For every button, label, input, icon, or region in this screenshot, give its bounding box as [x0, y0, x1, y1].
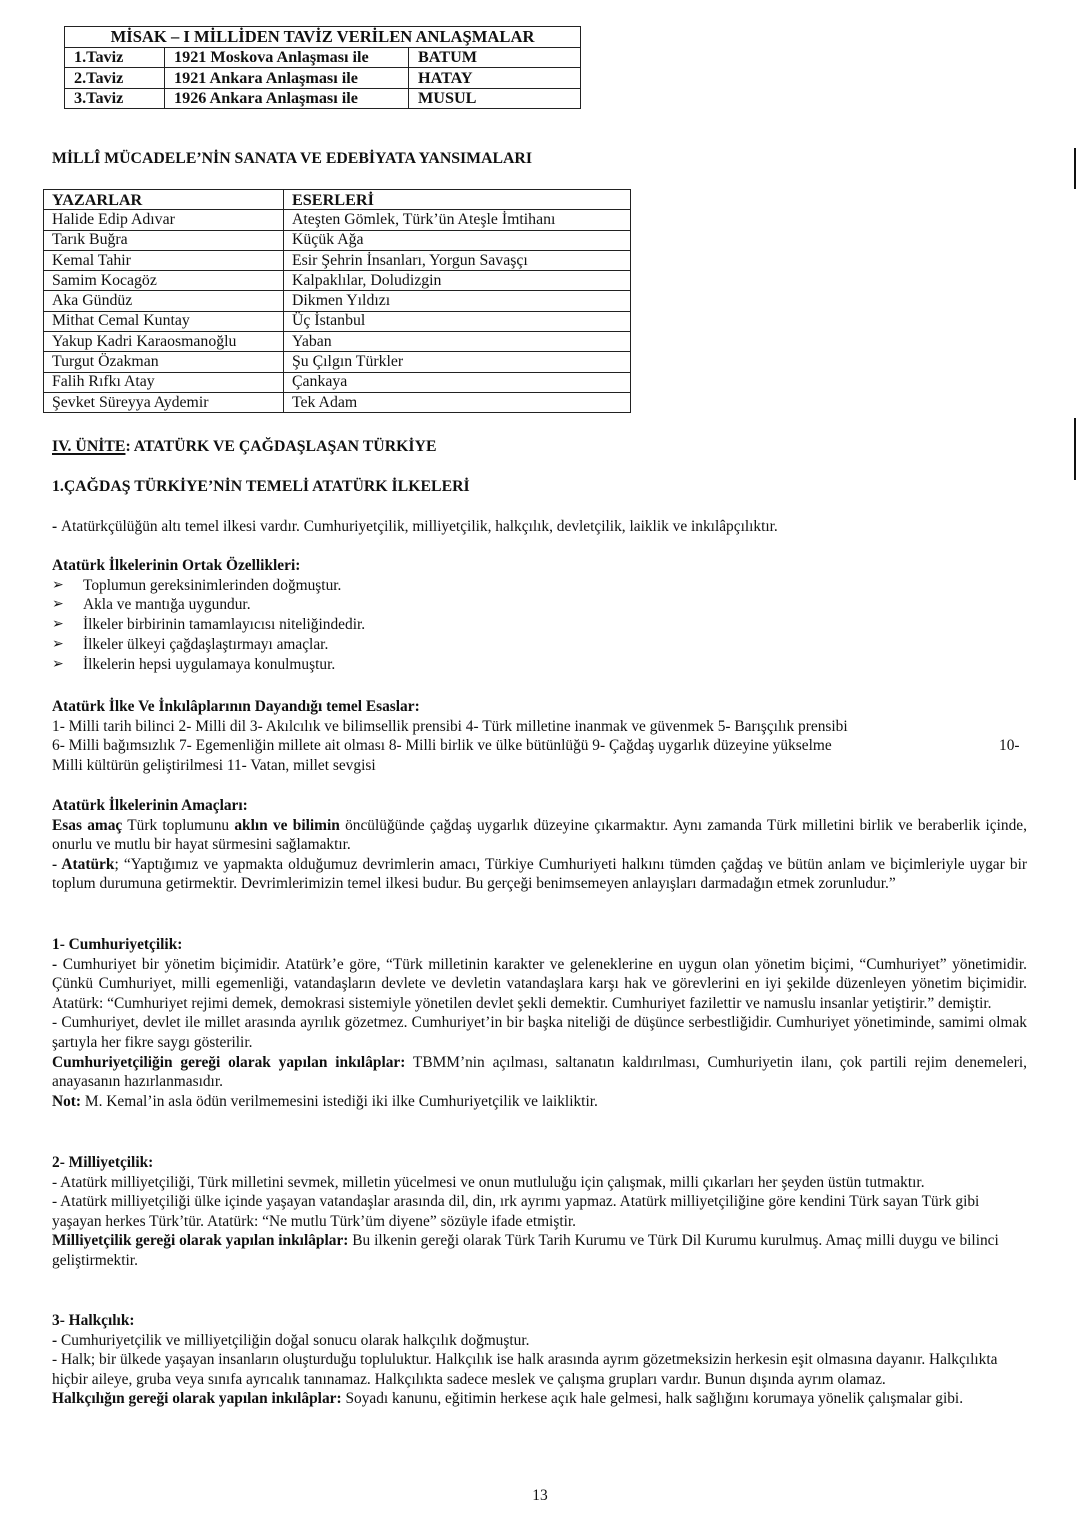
authors-works-table: YAZARLAR ESERLERİ Halide Edip AdıvarAteş… [43, 189, 631, 413]
misak-concessions-table: MİSAK – I MİLLİDEN TAVİZ VERİLEN ANLAŞMA… [64, 26, 581, 109]
populism-paragraph-2: - Halk; bir ülkede yaşayan insanların ol… [52, 1350, 1027, 1389]
table-row: 1.Taviz 1921 Moskova Anlaşması ile BATUM [65, 47, 581, 68]
foundations-section: Atatürk İlke Ve İnkılâplarının Dayandığı… [52, 697, 1027, 775]
populism-reforms-text: Soyadı kanunu, eğitimin herkese açık hal… [342, 1390, 963, 1407]
list-item-text: İlkelerin hepsi uygulamaya konulmuştur. [83, 656, 335, 673]
art-literature-heading: MİLLÎ MÜCADELE’NİN SANATA VE EDEBİYATA Y… [52, 150, 532, 168]
populism-heading: 3- Halkçılık: [52, 1311, 1027, 1331]
authors-works-body: Halide Edip AdıvarAteşten Gömlek, Türk’ü… [44, 210, 631, 413]
note-label: Not: [52, 1093, 81, 1110]
works-cell: Dikmen Yıldızı [284, 291, 631, 311]
table-cell: HATAY [409, 68, 581, 89]
author-cell: Tarık Buğra [44, 230, 284, 250]
table-row: Falih Rıfkı AtayÇankaya [44, 372, 631, 392]
author-cell: Samim Kocagöz [44, 271, 284, 291]
works-cell: Çankaya [284, 372, 631, 392]
list-item-text: İlkeler ülkeyi çağdaşlaştırmayı amaçlar. [83, 636, 328, 653]
republicanism-reforms: Cumhuriyetçiliğin gereği olarak yapılan … [52, 1053, 1027, 1092]
works-cell: Ateşten Gömlek, Türk’ün Ateşle İmtihanı [284, 210, 631, 230]
works-cell: Küçük Ağa [284, 230, 631, 250]
foundations-trailing-number: 10- [999, 736, 1020, 756]
republicanism-dash: - [52, 956, 63, 973]
table-header-row: YAZARLAR ESERLERİ [44, 190, 631, 210]
populism-section: 3- Halkçılık: - Cumhuriyetçilik ve milli… [52, 1311, 1027, 1409]
table-row: 2.Taviz 1921 Ankara Anlaşması ile HATAY [65, 68, 581, 89]
republicanism-note: Not: M. Kemal’in asla ödün verilmemesini… [52, 1092, 1027, 1112]
aims-section: Atatürk İlkelerinin Amaçları: Esas amaç … [52, 796, 1027, 894]
aims-heading: Atatürk İlkelerinin Amaçları: [52, 796, 1027, 816]
republicanism-paragraph-1-text: Cumhuriyet bir yönetim biçimidir. Atatür… [52, 956, 1027, 1012]
populism-paragraph-1-text: Cumhuriyetçilik ve milliyetçiliğin doğal… [61, 1332, 529, 1349]
aims-main-text-pre: Türk toplumunu [122, 817, 234, 834]
author-cell: Halide Edip Adıvar [44, 210, 284, 230]
table-title: MİSAK – I MİLLİDEN TAVİZ VERİLEN ANLAŞMA… [65, 27, 581, 48]
foundations-line-1: 1- Milli tarih bilinci 2- Milli dil 3- A… [52, 717, 1027, 737]
nationalism-reforms: Milliyetçilik gereği olarak yapılan inkı… [52, 1231, 1027, 1270]
foundations-line-2: 6- Milli bağımsızlık 7- Egemenliğin mill… [52, 736, 1027, 756]
note-text: M. Kemal’in asla ödün verilmemesini iste… [81, 1093, 598, 1110]
works-cell: Kalpaklılar, Doludizgin [284, 271, 631, 291]
republicanism-section: 1- Cumhuriyetçilik: - Cumhuriyet bir yön… [52, 935, 1027, 1111]
table-row: Şevket Süreyya AydemirTek Adam [44, 392, 631, 412]
table-cell: 1921 Ankara Anlaşması ile [165, 68, 409, 89]
table-row: Tarık BuğraKüçük Ağa [44, 230, 631, 250]
common-features-section: Atatürk İlkelerinin Ortak Özellikleri: ➢… [52, 556, 652, 674]
republicanism-reforms-label: Cumhuriyetçiliğin gereği olarak yapılan … [52, 1054, 405, 1071]
nationalism-paragraph-1: - Atatürk milliyetçiliği, Türk milletini… [52, 1173, 1027, 1193]
author-cell: Kemal Tahir [44, 250, 284, 270]
works-cell: Üç İstanbul [284, 311, 631, 331]
unit-name: : ATATÜRK VE ÇAĞDAŞLAŞAN TÜRKİYE [125, 438, 436, 455]
common-features-heading: Atatürk İlkelerinin Ortak Özellikleri: [52, 556, 652, 576]
table-cell: MUSUL [409, 88, 581, 109]
intro-dash: - [52, 518, 61, 535]
aims-quote-text: ; “Yaptığımız ve yapmakta olduğumuz devr… [52, 856, 1027, 893]
aims-quote-dash: - [52, 856, 61, 873]
arrow-bullet-icon: ➢ [52, 635, 64, 655]
populism-reforms-label: Halkçılığın gereği olarak yapılan inkılâ… [52, 1390, 342, 1407]
arrow-bullet-icon: ➢ [52, 655, 64, 675]
table-cell: 1921 Moskova Anlaşması ile [165, 47, 409, 68]
populism-reforms: Halkçılığın gereği olarak yapılan inkılâ… [52, 1389, 1027, 1409]
table-cell: 1926 Ankara Anlaşması ile [165, 88, 409, 109]
nationalism-section: 2- Milliyetçilik: - Atatürk milliyetçili… [52, 1153, 1027, 1271]
author-cell: Falih Rıfkı Atay [44, 372, 284, 392]
table-row: Aka GündüzDikmen Yıldızı [44, 291, 631, 311]
works-cell: Şu Çılgın Türkler [284, 352, 631, 372]
nationalism-heading: 2- Milliyetçilik: [52, 1153, 1027, 1173]
intro-text: Atatürkçülüğün altı temel ilkesi vardır.… [61, 518, 778, 535]
foundations-line-2-text: 6- Milli bağımsızlık 7- Egemenliğin mill… [52, 737, 832, 754]
table-row: Halide Edip AdıvarAteşten Gömlek, Türk’ü… [44, 210, 631, 230]
table-cell: 3.Taviz [65, 88, 165, 109]
author-cell: Şevket Süreyya Aydemir [44, 392, 284, 412]
list-item-text: Toplumun gereksinimlerinden doğmuştur. [83, 577, 341, 594]
table-cell: BATUM [409, 47, 581, 68]
nationalism-paragraph-2: - Atatürk milliyetçiliği ülke içinde yaş… [52, 1192, 1027, 1231]
list-item: ➢İlkelerin hepsi uygulamaya konulmuştur. [52, 655, 652, 675]
table-row: 3.Taviz 1926 Ankara Anlaşması ile MUSUL [65, 88, 581, 109]
aims-main-label: Esas amaç [52, 817, 122, 834]
author-cell: Aka Gündüz [44, 291, 284, 311]
chapter-title: 1.ÇAĞDAŞ TÜRKİYE’NİN TEMELİ ATATÜRK İLKE… [52, 478, 470, 496]
arrow-bullet-icon: ➢ [52, 595, 64, 615]
populism-dash: - [52, 1332, 61, 1349]
list-item-text: Akla ve mantığa uygundur. [83, 596, 251, 613]
table-cell: 2.Taviz [65, 68, 165, 89]
table-row: Samim KocagözKalpaklılar, Doludizgin [44, 271, 631, 291]
works-cell: Esir Şehrin İnsanları, Yorgun Savaşçı [284, 250, 631, 270]
margin-change-bar [1074, 418, 1076, 480]
arrow-bullet-icon: ➢ [52, 576, 64, 596]
column-header-works: ESERLERİ [284, 190, 631, 210]
aims-main-paragraph: Esas amaç Türk toplumunu aklın ve bilimi… [52, 816, 1027, 855]
nationalism-reforms-label: Milliyetçilik gereği olarak yapılan inkı… [52, 1232, 348, 1249]
author-cell: Turgut Özakman [44, 352, 284, 372]
list-item-text: İlkeler birbirinin tamamlayıcısı niteliğ… [83, 616, 365, 633]
common-features-list: ➢Toplumun gereksinimlerinden doğmuştur.➢… [52, 576, 652, 675]
margin-change-bar [1074, 148, 1076, 189]
intro-paragraph: - Atatürkçülüğün altı temel ilkesi vardı… [52, 517, 1027, 537]
list-item: ➢Akla ve mantığa uygundur. [52, 595, 652, 615]
aims-main-bold: aklın ve bilimin [234, 817, 339, 834]
column-header-authors: YAZARLAR [44, 190, 284, 210]
table-row: Yakup Kadri KaraosmanoğluYaban [44, 332, 631, 352]
foundations-line-3: Milli kültürün geliştirilmesi 11- Vatan,… [52, 756, 1027, 776]
table-title-row: MİSAK – I MİLLİDEN TAVİZ VERİLEN ANLAŞMA… [65, 27, 581, 48]
works-cell: Tek Adam [284, 392, 631, 412]
table-cell: 1.Taviz [65, 47, 165, 68]
foundations-heading: Atatürk İlke Ve İnkılâplarının Dayandığı… [52, 697, 1027, 717]
populism-paragraph-1: - Cumhuriyetçilik ve milliyetçiliğin doğ… [52, 1331, 1027, 1351]
table-row: Kemal TahirEsir Şehrin İnsanları, Yorgun… [44, 250, 631, 270]
table-row: Turgut ÖzakmanŞu Çılgın Türkler [44, 352, 631, 372]
republicanism-paragraph-1: - Cumhuriyet bir yönetim biçimidir. Atat… [52, 955, 1027, 1014]
arrow-bullet-icon: ➢ [52, 615, 64, 635]
republicanism-heading: 1- Cumhuriyetçilik: [52, 935, 1027, 955]
table-row: Mithat Cemal KuntayÜç İstanbul [44, 311, 631, 331]
unit-title: IV. ÜNİTE: ATATÜRK VE ÇAĞDAŞLAŞAN TÜRKİY… [52, 438, 436, 456]
page-number: 13 [0, 1487, 1080, 1505]
aims-quote-label: Atatürk [61, 856, 114, 873]
unit-label: IV. ÜNİTE [52, 438, 125, 455]
republicanism-paragraph-2: - Cumhuriyet, devlet ile millet arasında… [52, 1013, 1027, 1052]
list-item: ➢İlkeler ülkeyi çağdaşlaştırmayı amaçlar… [52, 635, 652, 655]
author-cell: Yakup Kadri Karaosmanoğlu [44, 332, 284, 352]
aims-quote-paragraph: - Atatürk; “Yaptığımız ve yapmakta olduğ… [52, 855, 1027, 894]
list-item: ➢Toplumun gereksinimlerinden doğmuştur. [52, 576, 652, 596]
works-cell: Yaban [284, 332, 631, 352]
list-item: ➢İlkeler birbirinin tamamlayıcısı niteli… [52, 615, 652, 635]
author-cell: Mithat Cemal Kuntay [44, 311, 284, 331]
